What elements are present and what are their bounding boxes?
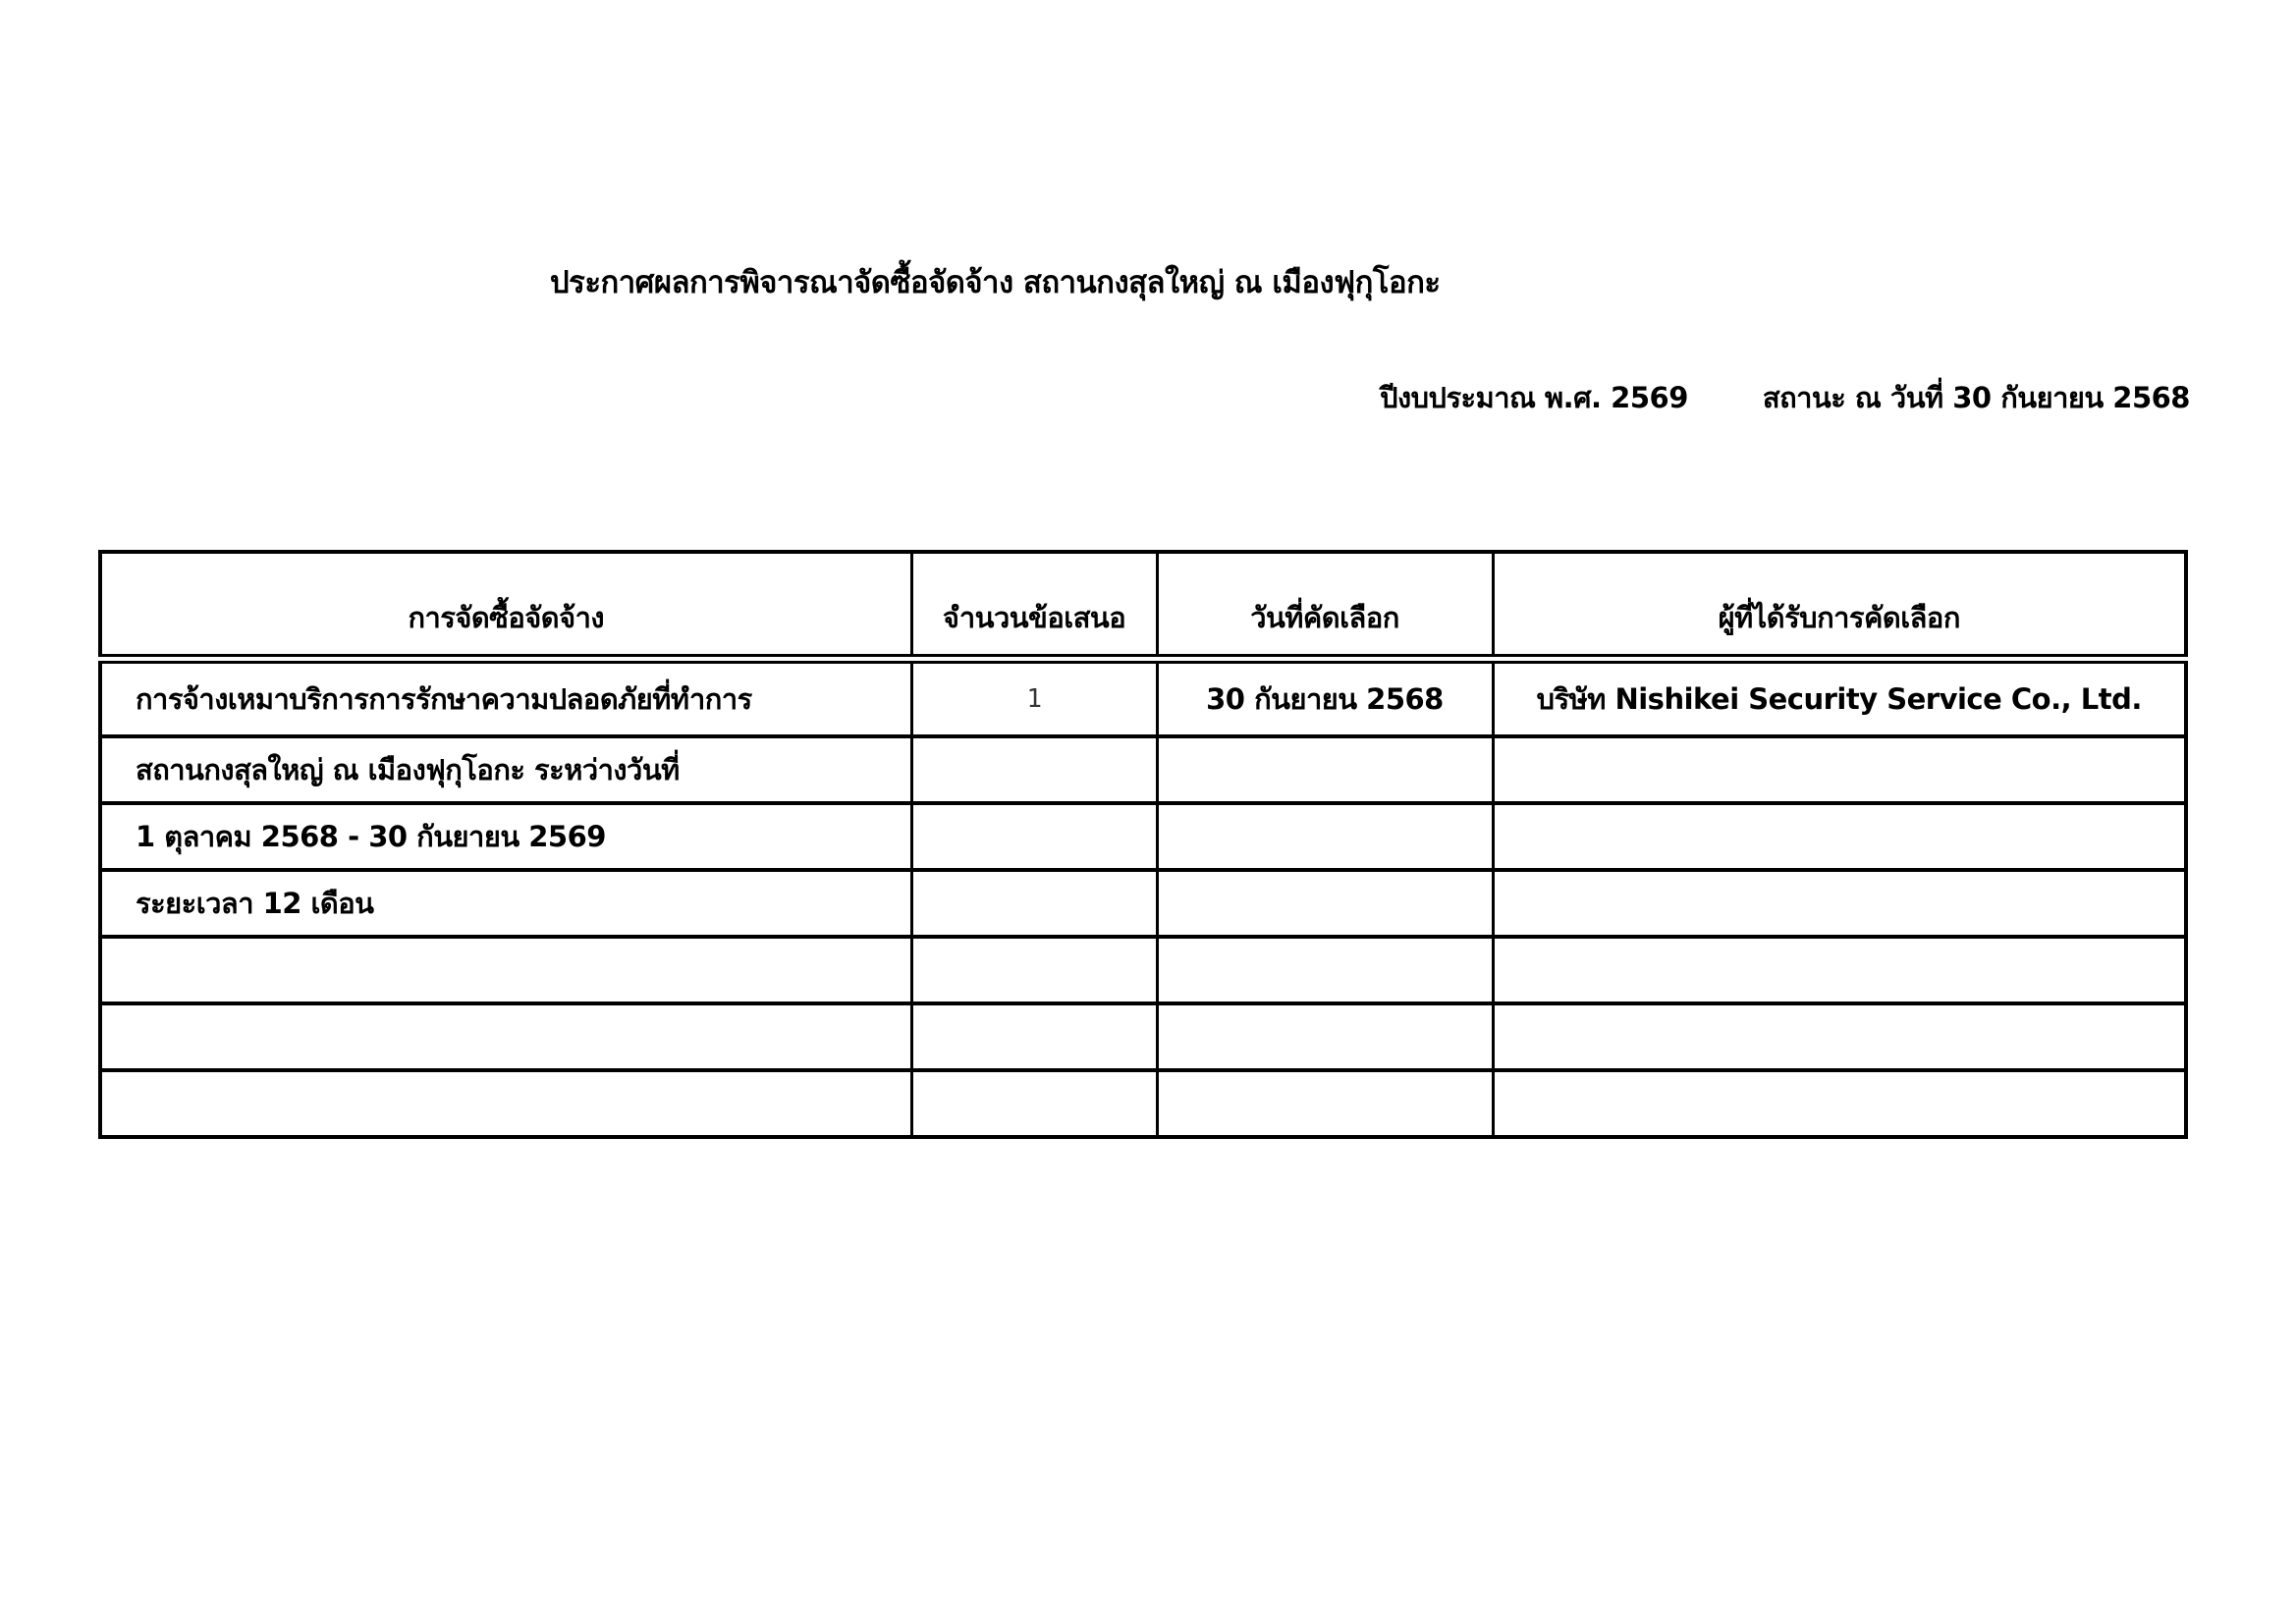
- cell-offer-count: [911, 1003, 1157, 1070]
- cell-procurement: [100, 1003, 911, 1070]
- cell-procurement: 1 ตุลาคม 2568 - 30 กันยายน 2569: [100, 803, 911, 870]
- cell-procurement: [100, 1070, 911, 1137]
- cell-selection-date: [1157, 803, 1493, 870]
- header-offer-count: จำนวนข้อเสนอ: [911, 552, 1157, 659]
- cell-procurement: การจ้างเหมาบริการการรักษาความปลอดภัยที่ท…: [100, 659, 911, 736]
- cell-selection-date: [1157, 870, 1493, 937]
- cell-selection-date: [1157, 1003, 1493, 1070]
- cell-offer-count: 1: [911, 659, 1157, 736]
- cell-selection-date: [1157, 937, 1493, 1003]
- header-selection-date: วันที่คัดเลือก: [1157, 552, 1493, 659]
- table-row: สถานกงสุลใหญ่ ณ เมืองฟุกุโอกะ ระหว่างวัน…: [100, 736, 2186, 803]
- cell-offer-count: [911, 803, 1157, 870]
- cell-selected-vendor: [1493, 1070, 2186, 1137]
- table-row: [100, 937, 2186, 1003]
- cell-selection-date: [1157, 1070, 1493, 1137]
- document-meta: ปีงบประมาณ พ.ศ. 2569สถานะ ณ วันที่ 30 กั…: [1380, 375, 2190, 420]
- cell-procurement: สถานกงสุลใหญ่ ณ เมืองฟุกุโอกะ ระหว่างวัน…: [100, 736, 911, 803]
- cell-offer-count: [911, 736, 1157, 803]
- cell-selected-vendor: [1493, 870, 2186, 937]
- cell-selection-date: 30 กันยายน 2568: [1157, 659, 1493, 736]
- status-date: สถานะ ณ วันที่ 30 กันยายน 2568: [1763, 381, 2190, 414]
- table-row: [100, 1003, 2186, 1070]
- cell-selected-vendor: [1493, 1003, 2186, 1070]
- procurement-results-table: การจัดซื้อจัดจ้าง จำนวนข้อเสนอ วันที่คัด…: [98, 550, 2188, 1139]
- cell-procurement: [100, 937, 911, 1003]
- document-title: ประกาศผลการพิจารณาจัดซื้อจัดจ้าง สถานกงส…: [550, 257, 1453, 306]
- cell-offer-count: [911, 1070, 1157, 1137]
- fiscal-year: ปีงบประมาณ พ.ศ. 2569: [1380, 381, 1688, 414]
- cell-offer-count: [911, 870, 1157, 937]
- cell-selected-vendor: [1493, 803, 2186, 870]
- table-header-row: การจัดซื้อจัดจ้าง จำนวนข้อเสนอ วันที่คัด…: [100, 552, 2186, 659]
- table-row: [100, 1070, 2186, 1137]
- header-procurement: การจัดซื้อจัดจ้าง: [100, 552, 911, 659]
- cell-selection-date: [1157, 736, 1493, 803]
- cell-selected-vendor: บริษัท Nishikei Security Service Co., Lt…: [1493, 659, 2186, 736]
- table-row: การจ้างเหมาบริการการรักษาความปลอดภัยที่ท…: [100, 659, 2186, 736]
- cell-selected-vendor: [1493, 736, 2186, 803]
- table-row: ระยะเวลา 12 เดือน: [100, 870, 2186, 937]
- cell-procurement: ระยะเวลา 12 เดือน: [100, 870, 911, 937]
- header-selected-vendor: ผู้ที่ได้รับการคัดเลือก: [1493, 552, 2186, 659]
- table-row: 1 ตุลาคม 2568 - 30 กันยายน 2569: [100, 803, 2186, 870]
- cell-selected-vendor: [1493, 937, 2186, 1003]
- cell-offer-count: [911, 937, 1157, 1003]
